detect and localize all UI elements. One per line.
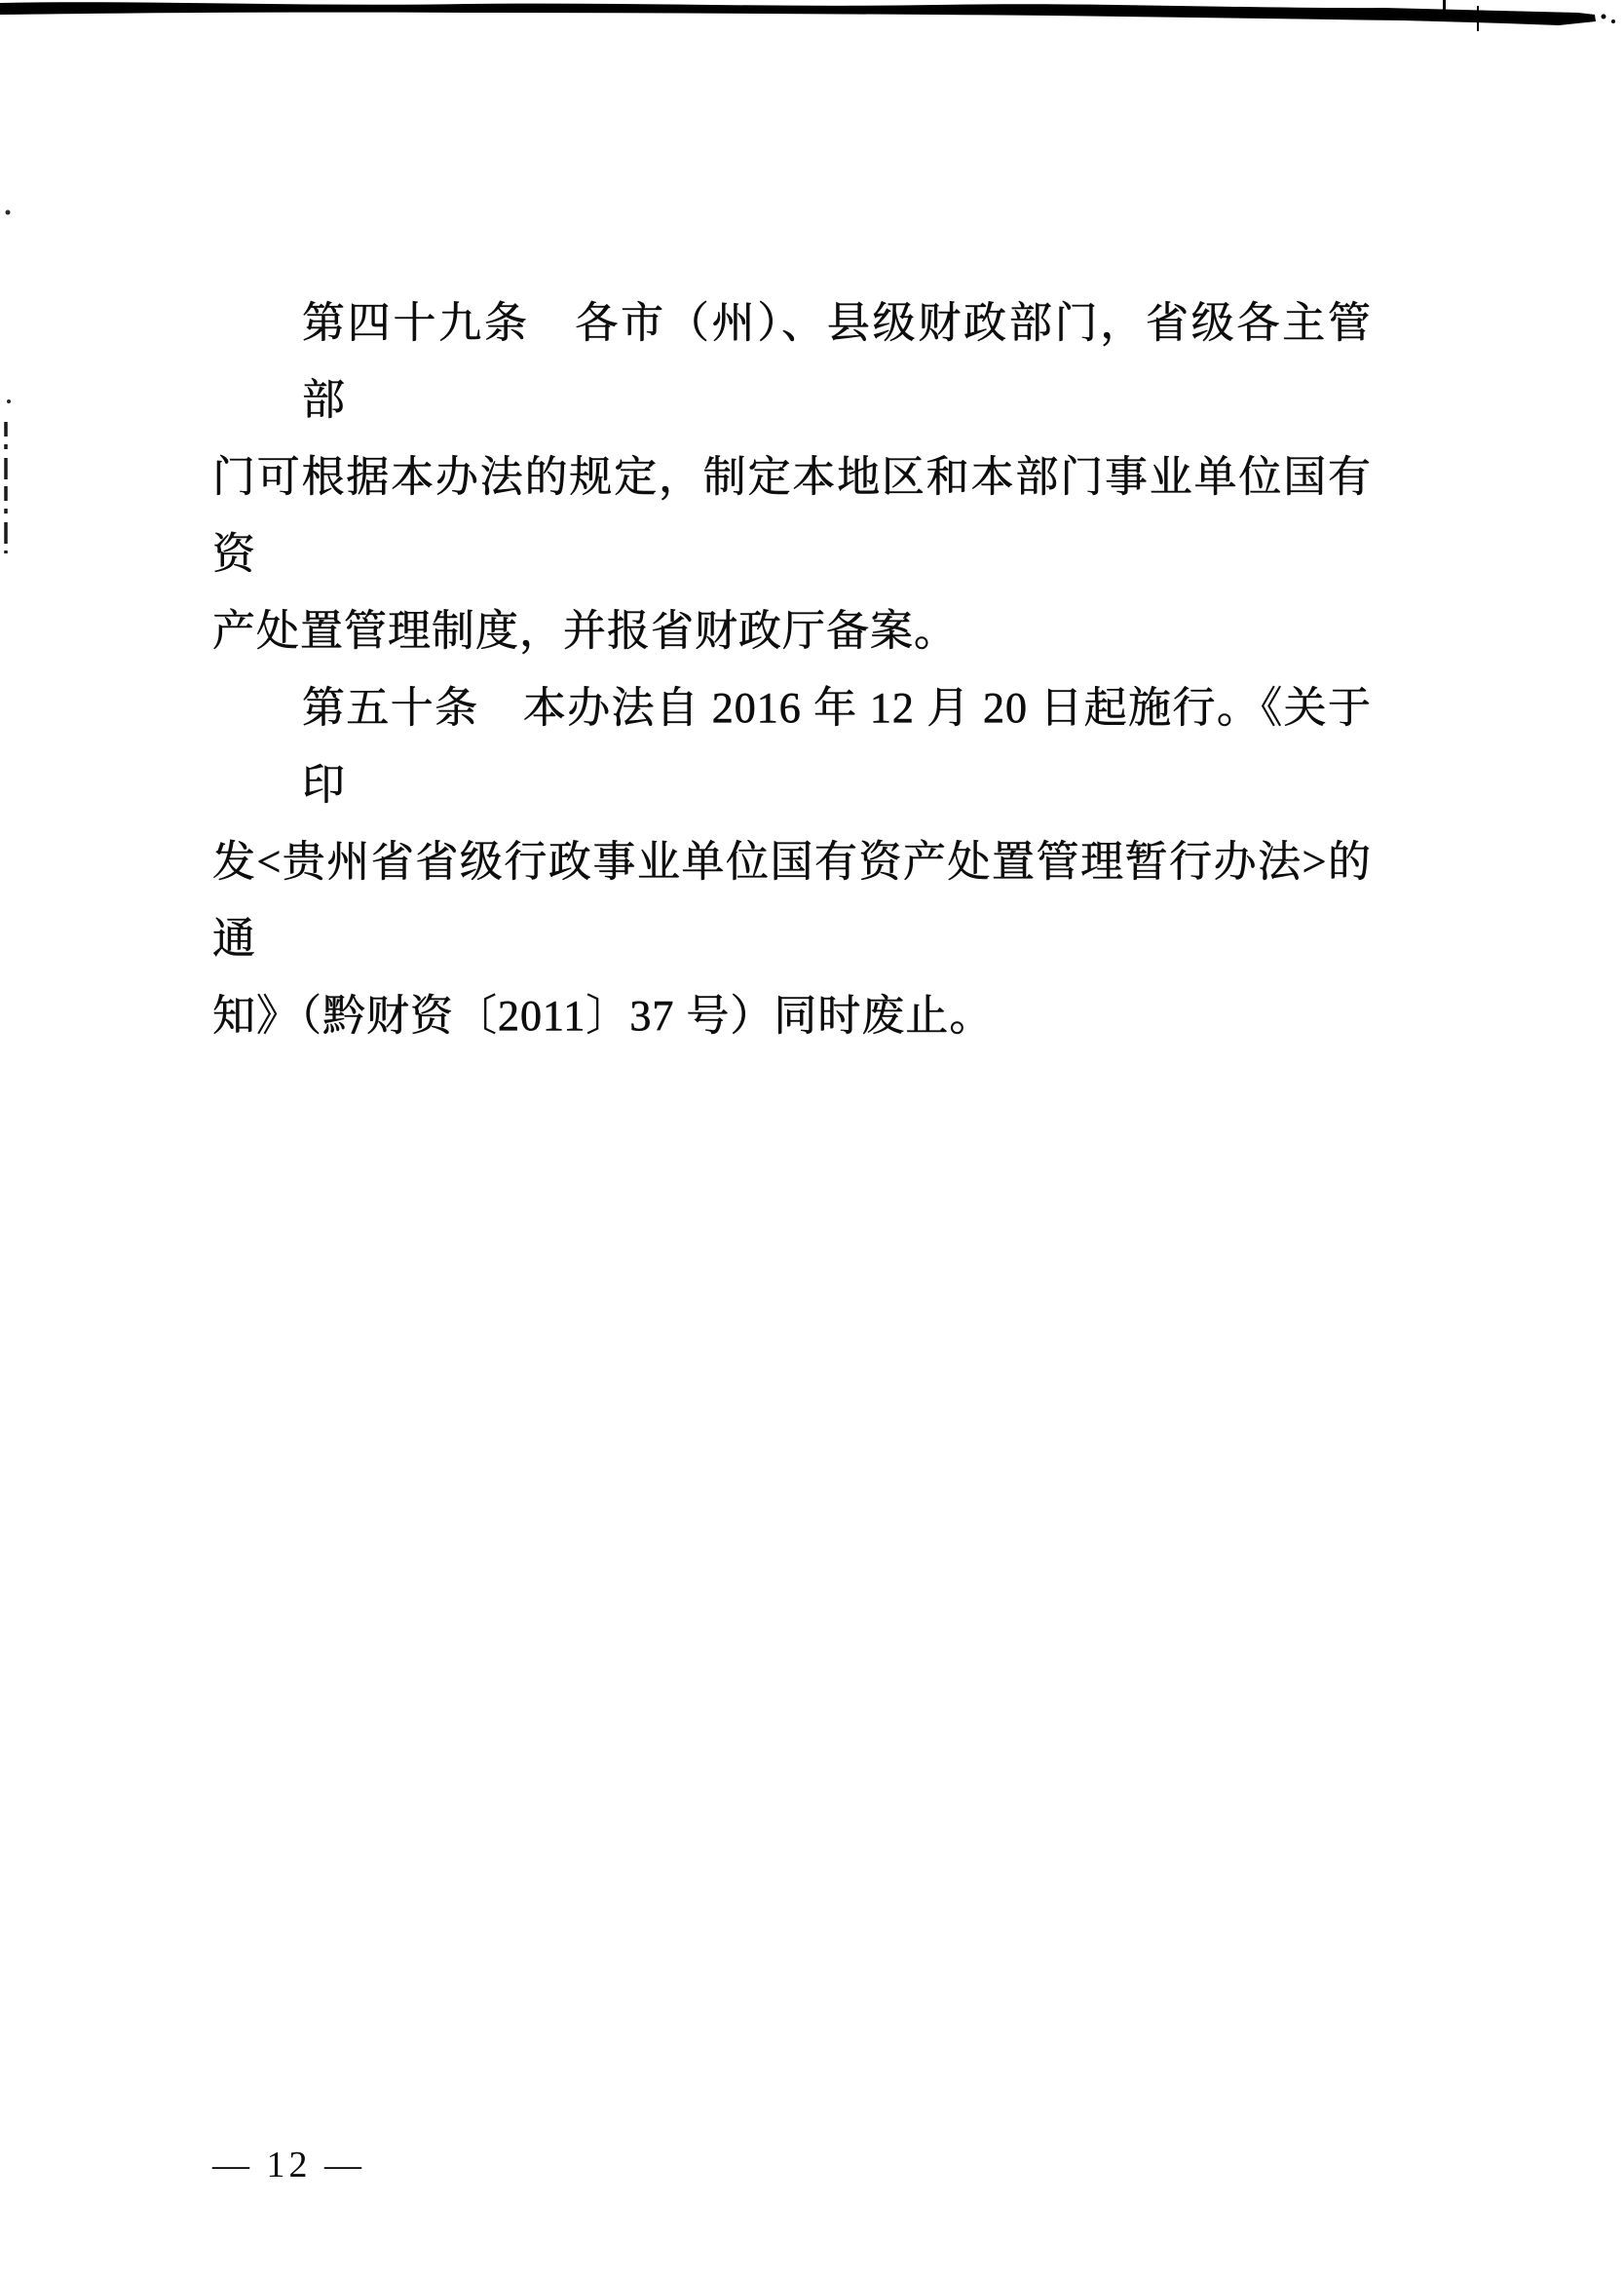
scan-artifact-speck — [1602, 15, 1606, 19]
scan-artifact-top-band — [0, 2, 1596, 25]
scan-artifact-hairline — [1477, 6, 1479, 31]
text-line: 门可根据本办法的规定，制定本地区和本部门事业单位国有资 — [212, 438, 1372, 592]
text-line: 第四十九条 各市（州）、县级财政部门，省级各主管部 — [212, 285, 1372, 438]
document-body: 第四十九条 各市（州）、县级财政部门，省级各主管部 门可根据本办法的规定，制定本… — [212, 285, 1372, 1054]
scanned-document-page: 第四十九条 各市（州）、县级财政部门，省级各主管部 门可根据本办法的规定，制定本… — [0, 0, 1624, 2279]
scan-artifact-speck — [1611, 19, 1615, 23]
paragraph-article-50: 第五十条 本办法自 2016 年 12 月 20 日起施行。《关于印 发<贵州省… — [212, 669, 1372, 1054]
scan-artifact-tick — [1443, 0, 1446, 19]
page-number: — 12 — — [212, 2142, 365, 2188]
text-line: 产处置管理制度，并报省财政厅备案。 — [212, 592, 1372, 669]
text-line: 发<贵州省省级行政事业单位国有资产处置管理暂行办法>的通 — [212, 823, 1372, 977]
paragraph-article-49: 第四十九条 各市（州）、县级财政部门，省级各主管部 门可根据本办法的规定，制定本… — [212, 285, 1372, 669]
scan-artifact-dot — [6, 210, 11, 215]
scan-artifact-dot — [7, 399, 11, 403]
text-line: 第五十条 本办法自 2016 年 12 月 20 日起施行。《关于印 — [212, 669, 1372, 823]
text-line: 知》（黔财资〔2011〕37 号）同时废止。 — [212, 977, 1372, 1054]
